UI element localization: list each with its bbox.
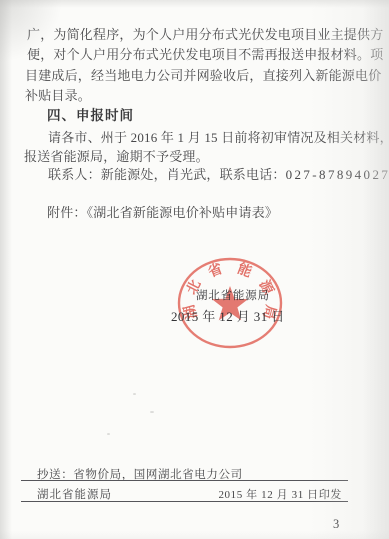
footer-divider-top (21, 480, 348, 481)
section-heading: 四、申报时间 (47, 107, 134, 124)
scan-speck (133, 393, 136, 395)
body-paragraph-line: 便，对个人户用分布式光伏发电项目不需再报送申报材料。项 (27, 46, 383, 63)
deadline-line: 报送省能源局，逾期不予受理。 (24, 148, 209, 165)
body-paragraph-line: 补贴目录。 (25, 87, 91, 104)
seal-graphic: 湖 北 省 能 源 局 (177, 257, 283, 350)
body-paragraph-line: 广，为简化程序，为个人户用分布式光伏发电项目业主提供方 (27, 26, 383, 43)
signature-date: 2015 年 12 月 31 日 (171, 306, 285, 325)
page-number: 3 (333, 517, 339, 532)
deadline-line: 请各市、州于 2016 年 1 月 15 日前将初审情况及相关材料， (48, 129, 389, 146)
footer-issuer: 湖北省能源局 (37, 486, 112, 502)
footer-print-date: 2015 年 12 月 31 日印发 (218, 486, 342, 502)
signature-issuer: 湖北省能源局 (196, 287, 270, 303)
official-seal-stamp: 湖 北 省 能 源 局 (177, 257, 283, 350)
contact-phone-number: 027-87894027 (286, 167, 389, 182)
scan-speck (107, 433, 110, 435)
body-paragraph-line: 目建成后，经当地电力公司并网验收后，直接列入新能源电价 (25, 67, 381, 84)
scan-speck (150, 411, 154, 413)
scanned-document-page: 广，为简化程序，为个人户用分布式光伏发电项目业主提供方 便，对个人户用分布式光伏… (0, 0, 389, 539)
contact-label: 联系人：新能源处，肖光武，联系电话： (48, 167, 286, 182)
contact-line: 联系人：新能源处，肖光武，联系电话：027-87894027 (48, 166, 389, 183)
footer-divider-bottom (21, 501, 348, 502)
attachment-line: 附件：《湖北省新能源电价补贴申请表》 (47, 204, 278, 221)
